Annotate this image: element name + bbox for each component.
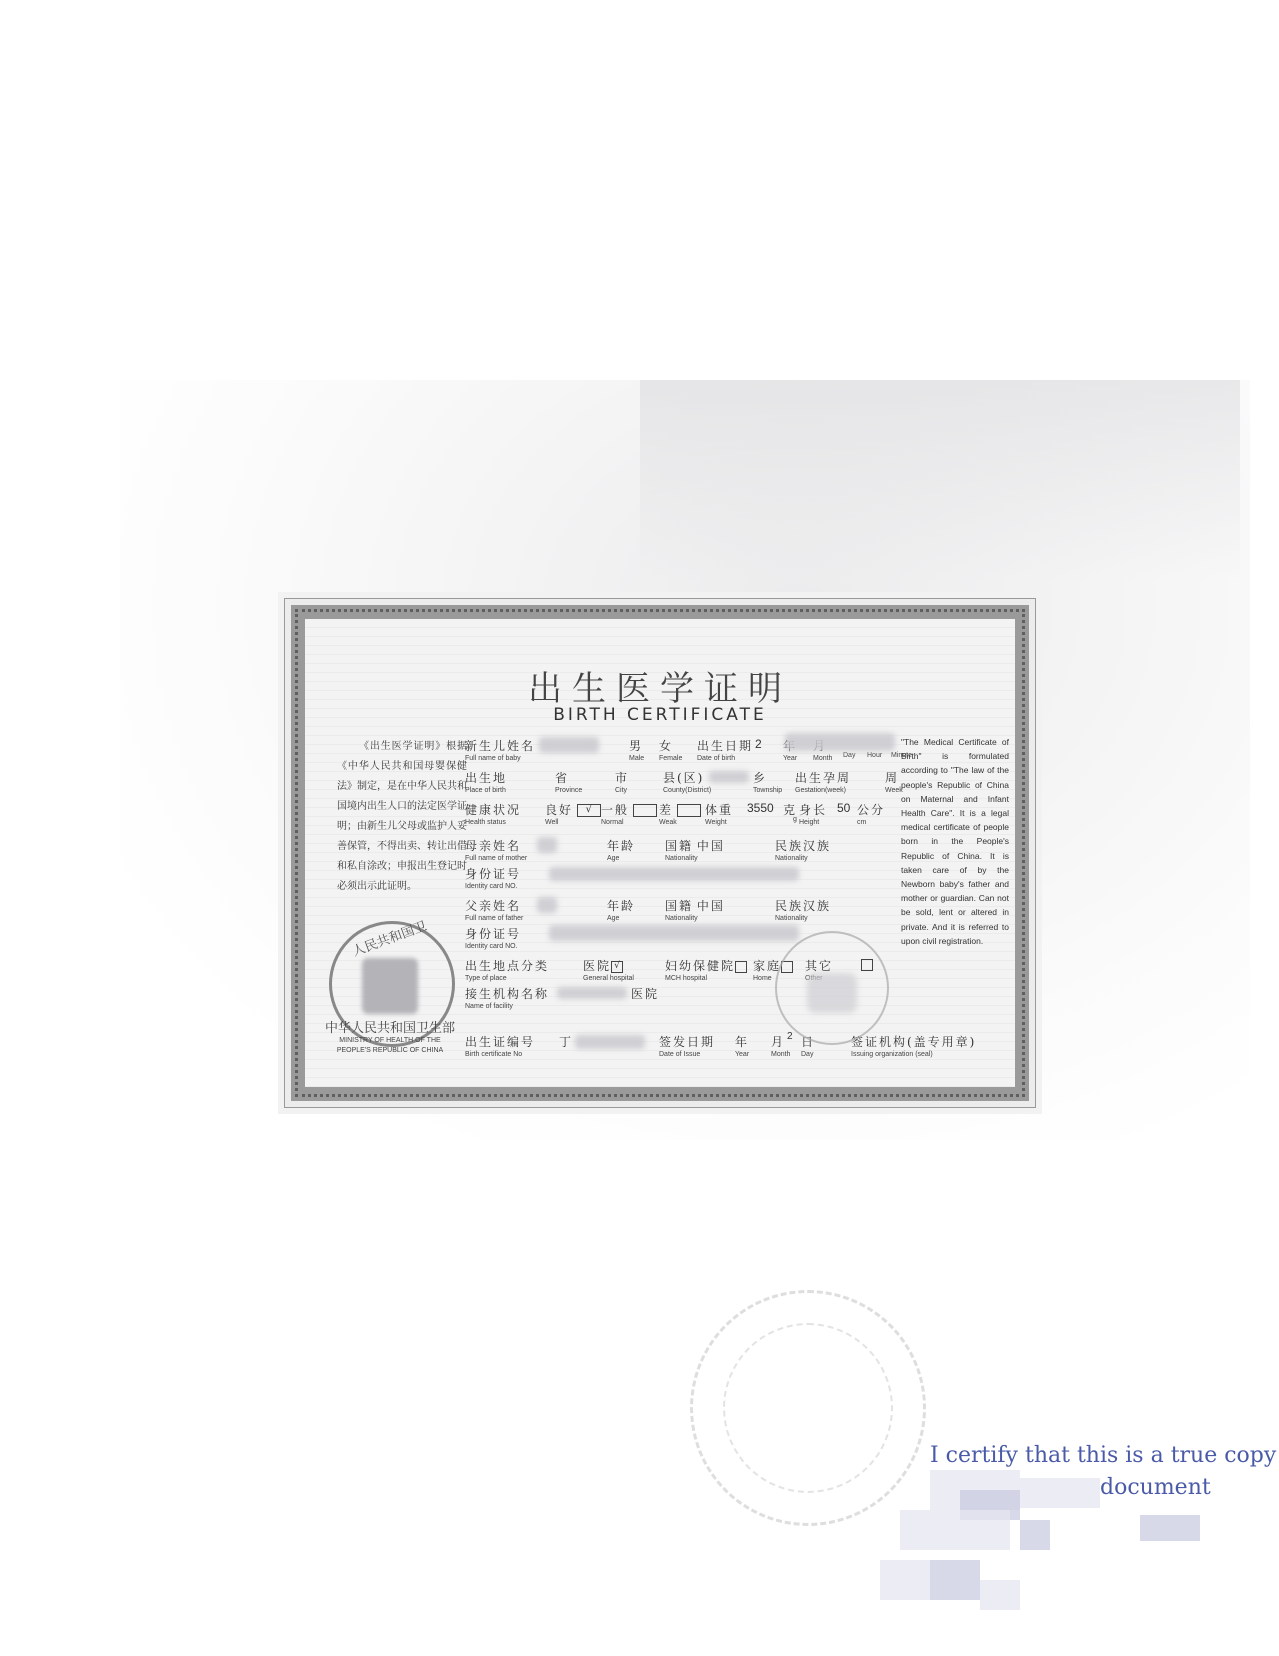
father-id-label: 身份证号Identity card NO.: [465, 925, 521, 950]
dob-day: Day: [843, 751, 855, 759]
notary-stamp: [690, 1290, 926, 1526]
ministry-caption: 中华人民共和国卫生部 MINISTRY OF HEALTH OF THE PEO…: [315, 1017, 465, 1056]
height-label: 身长Height: [799, 801, 827, 826]
redacted-mother-id: [549, 867, 799, 881]
redacted-father-name: [537, 897, 557, 913]
cert-no-label: 出生证编号Birth certificate No: [465, 1033, 535, 1058]
facility-label: 接生机构名称Name of facility: [465, 985, 549, 1010]
issuing-seal: [775, 931, 889, 1045]
issuing-organization: 签证机构(盖专用章)Issuing organization (seal): [851, 1033, 976, 1058]
mother-name-label: 母亲姓名Full name of mother: [465, 837, 527, 862]
issue-year: 年Year: [735, 1033, 749, 1058]
legal-note-chinese: 《出生医学证明》根据《中华人民共和国母婴保健法》制定，是在中华人民共和国境内出生…: [337, 737, 467, 897]
father-ethnicity: 民族汉族Nationality: [775, 897, 831, 922]
redacted-mother-name: [537, 837, 557, 853]
redacted-county: [709, 771, 749, 783]
legal-note-english: "The Medical Certificate of Birth" is fo…: [901, 735, 1009, 948]
facility-suffix: 医院: [631, 985, 659, 1002]
father-age-label: 年龄Age: [607, 897, 635, 922]
dob-year-prefix: 2: [755, 737, 762, 751]
title-english: BIRTH CERTIFICATE: [305, 705, 1015, 725]
mother-ethnicity: 民族汉族Nationality: [775, 837, 831, 862]
certificate-body: 出生医学证明 BIRTH CERTIFICATE 《出生医学证明》根据《中华人民…: [305, 619, 1015, 1087]
redacted-baby-name: [539, 737, 599, 753]
title-chinese: 出生医学证明: [305, 661, 1015, 710]
father-nationality: 国籍 中国Nationality: [665, 897, 725, 922]
redacted-father-id: [549, 925, 799, 941]
health-normal-option: 一般 Normal: [601, 801, 657, 826]
redacted-dob: [785, 733, 895, 751]
ministry-name-chinese: 中华人民共和国卫生部: [315, 1017, 465, 1036]
female-label: 女Female: [659, 737, 682, 762]
male-label: 男Male: [629, 737, 644, 762]
place-of-birth-label: 出生地Place of birth: [465, 769, 507, 794]
issue-day-value: 2: [787, 1031, 793, 1042]
national-emblem-icon: [362, 958, 418, 1014]
health-weak-checkbox: [677, 804, 701, 817]
city-label: 市City: [615, 769, 629, 794]
cert-no-prefix: 丁: [559, 1033, 573, 1050]
province-label: 省Province: [555, 769, 582, 794]
certification-line-1: I certify that this is a true copy: [930, 1440, 1276, 1472]
issue-date-label: 签发日期Date of Issue: [659, 1033, 715, 1058]
health-label: 健康状况Health status: [465, 801, 521, 826]
father-name-label: 父亲姓名Full name of father: [465, 897, 523, 922]
scan-shadow-top: [640, 380, 1240, 580]
birth-certificate: 出生医学证明 BIRTH CERTIFICATE 《出生医学证明》根据《中华人民…: [284, 598, 1036, 1108]
mother-age-label: 年龄Age: [607, 837, 635, 862]
mch-checkbox: [735, 961, 747, 973]
redacted-facility: [557, 987, 627, 999]
redacted-cert-no: [575, 1035, 645, 1049]
weight-label: 体重Weight: [705, 801, 733, 826]
dob-minute: Minute: [891, 751, 912, 759]
mother-id-label: 身份证号Identity card NO.: [465, 865, 521, 890]
place-type-hospital: 医院√General hospital: [583, 957, 634, 982]
seal-emblem-icon: [807, 973, 857, 1013]
health-normal-checkbox: [633, 804, 657, 817]
place-type-mch: 妇幼保健院MCH hospital: [665, 957, 747, 982]
county-label: 县(区)County(District): [663, 769, 711, 794]
township-label: 乡Township: [753, 769, 782, 794]
weight-value: 3550: [747, 801, 774, 815]
gestation-unit: 周Week: [885, 769, 903, 794]
health-well-checkbox: √: [577, 804, 601, 817]
ministry-name-english-2: PEOPLE'S REPUBLIC OF CHINA: [315, 1046, 465, 1056]
dob-label: 出生日期Date of birth: [697, 737, 753, 762]
mother-nationality: 国籍 中国Nationality: [665, 837, 725, 862]
seal-arc-text: 人民共和国卫: [349, 915, 429, 960]
health-well-option: 良好 √Well: [545, 801, 601, 826]
health-weak-option: 差 Weak: [659, 801, 701, 826]
baby-name-label: 新生儿姓名Full name of baby: [465, 737, 535, 762]
hospital-checkbox: √: [611, 961, 623, 973]
dob-hour: Hour: [867, 751, 882, 759]
height-value: 50: [837, 801, 850, 815]
weight-unit-en: g: [793, 815, 797, 823]
height-unit: 公分cm: [857, 801, 885, 826]
place-type-label: 出生地点分类Type of place: [465, 957, 549, 982]
gestation-label: 出生孕周Gestation(week): [795, 769, 851, 794]
ministry-name-english-1: MINISTRY OF HEALTH OF THE: [315, 1036, 465, 1046]
